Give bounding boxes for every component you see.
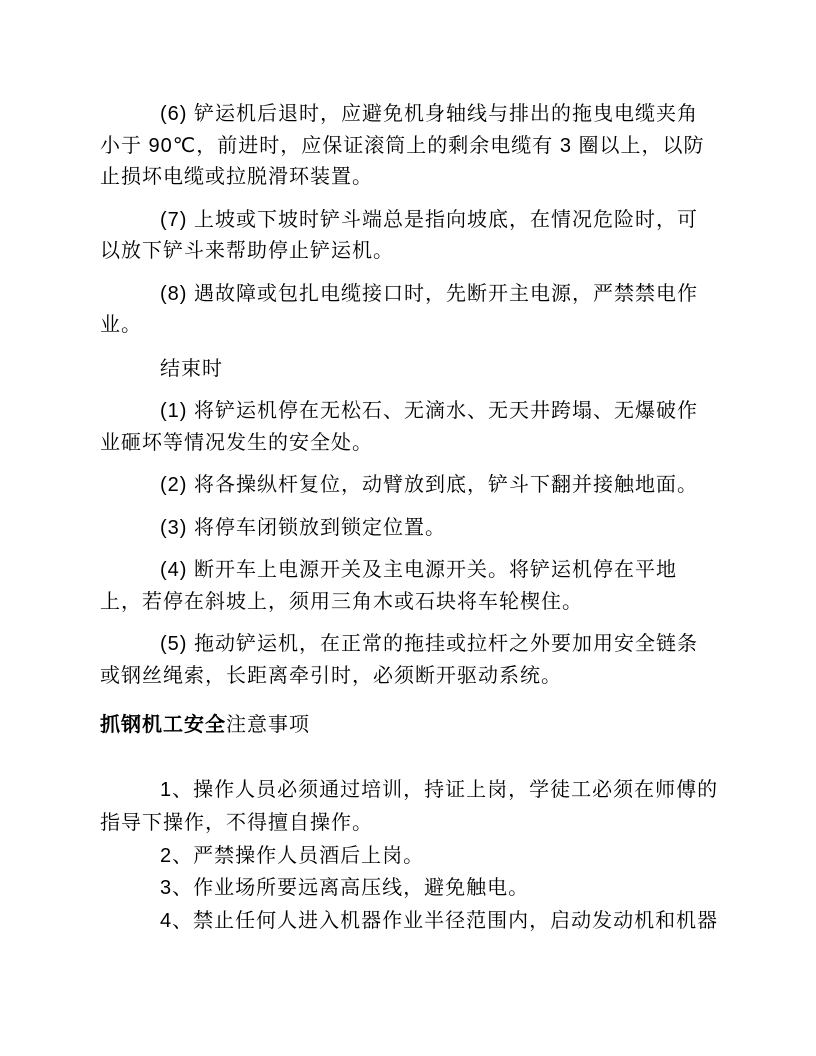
paragraph-line: (6) 铲运机后退时，应避免机身轴线与排出的拖曳电缆夹角: [100, 99, 716, 131]
paragraph-end-4: (4) 断开车上电源开关及主电源开关。将铲运机停在平地 上，若停在斜坡上，须用三…: [100, 555, 716, 618]
document-body: (6) 铲运机后退时，应避免机身轴线与排出的拖曳电缆夹角 小于 90℃，前进时，…: [100, 99, 716, 938]
paragraph-line: 业。: [100, 310, 716, 342]
document-page: (6) 铲运机后退时，应避免机身轴线与排出的拖曳电缆夹角 小于 90℃，前进时，…: [0, 0, 816, 1056]
list-item-line: 2、严禁操作人员酒后上岗。: [100, 840, 716, 873]
list-item-3: 3、作业场所要远离高压线，避免触电。: [100, 872, 716, 905]
paragraph-line: 业砸坏等情况发生的安全处。: [100, 428, 716, 460]
paragraph-7: (7) 上坡或下坡时铲斗端总是指向坡底，在情况危险时，可 以放下铲斗来帮助停止铲…: [100, 205, 716, 268]
paragraph-line: (1) 将铲运机停在无松石、无滴水、无天井跨塌、无爆破作: [100, 396, 716, 428]
paragraph-end-1: (1) 将铲运机停在无松石、无滴水、无天井跨塌、无爆破作 业砸坏等情况发生的安全…: [100, 396, 716, 459]
section-heading: 抓钢机工安全注意事项: [100, 709, 716, 741]
section-heading-bold: 抓钢机工安全: [100, 714, 226, 736]
list-item-2: 2、严禁操作人员酒后上岗。: [100, 840, 716, 873]
paragraph-line: 止损坏电缆或拉脱滑环装置。: [100, 162, 716, 194]
paragraph-8: (8) 遇故障或包扎电缆接口时，先断开主电源，严禁禁电作 业。: [100, 279, 716, 342]
list-item-line: 4、禁止任何人进入机器作业半径范围内，启动发动机和机器: [100, 905, 716, 938]
paragraph-line: 以放下铲斗来帮助停止铲运机。: [100, 236, 716, 268]
paragraph-end-2: (2) 将各操纵杆复位，动臂放到底，铲斗下翻并接触地面。: [100, 470, 716, 502]
paragraph-line: (4) 断开车上电源开关及主电源开关。将铲运机停在平地: [100, 555, 716, 587]
section-heading-normal: 注意事项: [226, 714, 310, 736]
paragraph-6: (6) 铲运机后退时，应避免机身轴线与排出的拖曳电缆夹角 小于 90℃，前进时，…: [100, 99, 716, 194]
paragraph-line: (8) 遇故障或包扎电缆接口时，先断开主电源，严禁禁电作: [100, 279, 716, 311]
paragraph-line: 结束时: [100, 354, 716, 386]
list-item-1: 1、操作人员必须通过培训，持证上岗，学徒工必须在师傅的 指导下操作，不得擅自操作…: [100, 774, 716, 840]
paragraph-line: 或钢丝绳索，长距离牵引时，必须断开驱动系统。: [100, 661, 716, 693]
paragraph-jieshushi: 结束时: [100, 354, 716, 386]
paragraph-line: 上，若停在斜坡上，须用三角木或石块将车轮楔住。: [100, 587, 716, 619]
paragraph-end-5: (5) 拖动铲运机，在正常的拖挂或拉杆之外要加用安全链条 或钢丝绳索，长距离牵引…: [100, 629, 716, 692]
paragraph-line: (3) 将停车闭锁放到锁定位置。: [100, 513, 716, 545]
list-item-line: 1、操作人员必须通过培训，持证上岗，学徒工必须在师傅的: [100, 774, 716, 807]
paragraph-line: (5) 拖动铲运机，在正常的拖挂或拉杆之外要加用安全链条: [100, 629, 716, 661]
list-item-line: 指导下操作，不得擅自操作。: [100, 807, 716, 840]
paragraph-end-3: (3) 将停车闭锁放到锁定位置。: [100, 513, 716, 545]
list-item-line: 3、作业场所要远离高压线，避免触电。: [100, 872, 716, 905]
paragraph-line: 小于 90℃，前进时，应保证滚筒上的剩余电缆有 3 圈以上，以防: [100, 131, 716, 163]
paragraph-line: (2) 将各操纵杆复位，动臂放到底，铲斗下翻并接触地面。: [100, 470, 716, 502]
paragraph-line: (7) 上坡或下坡时铲斗端总是指向坡底，在情况危险时，可: [100, 205, 716, 237]
list-item-4: 4、禁止任何人进入机器作业半径范围内，启动发动机和机器: [100, 905, 716, 938]
